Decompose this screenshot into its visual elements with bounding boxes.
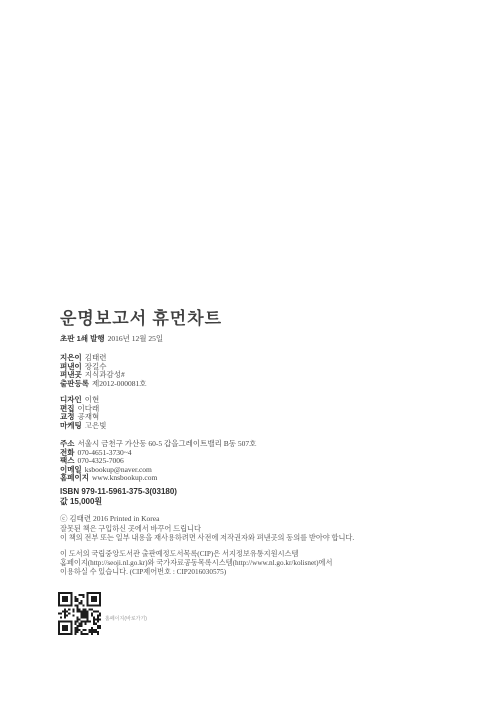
pricing-block: ISBN 979-11-5961-375-3(03180) 값 15,000원 [60, 487, 177, 506]
edition-line: 초판 1쇄 발행2016년 12월 25일 [60, 335, 163, 344]
credits-block-1: 지은이김태련 펴낸이장길수 펴낸곳지식과감성# 출판등록제2012-000081… [60, 354, 146, 388]
qr-code [58, 592, 101, 635]
colophon-page: 운명보고서 휴먼차트 초판 1쇄 발행2016년 12월 25일 지은이김태련 … [0, 0, 500, 706]
cip-notice: 이 도서의 국립중앙도서관 출판예정도서목록(CIP)은 서지정보유통지원시스템… [60, 550, 332, 578]
contact-row: 이메일ksbookup@naver.com [60, 466, 256, 475]
credits-block-2: 디자인이현 편집이다래 교정공재혁 마케팅고은빛 [60, 396, 107, 430]
edition-label: 초판 1쇄 발행 [60, 334, 105, 343]
isbn-line: ISBN 979-11-5961-375-3(03180) [60, 487, 177, 497]
edition-value: 2016년 12월 25일 [108, 334, 164, 343]
price-line: 값 15,000원 [60, 497, 177, 507]
contact-row: 홈페이지www.knsbookup.com [60, 474, 256, 483]
credit-row: 마케팅고은빛 [60, 422, 107, 431]
credit-row: 출판등록제2012-000081호 [60, 380, 146, 389]
book-title: 운명보고서 휴먼차트 [60, 304, 222, 329]
contact-block: 주소서울시 금천구 가산동 60-5 갑을그레이트밸리 B동 507호 전화07… [60, 440, 256, 483]
qr-caption: 홈페이지(바로가기) [105, 615, 147, 622]
copyright-line: ⓒ 김태련 2016 Printed in Korea [60, 513, 159, 524]
return-notice: 잘못된 책은 구입하신 곳에서 바꾸어 드립니다 이 책의 전부 또는 일부 내… [60, 525, 354, 543]
